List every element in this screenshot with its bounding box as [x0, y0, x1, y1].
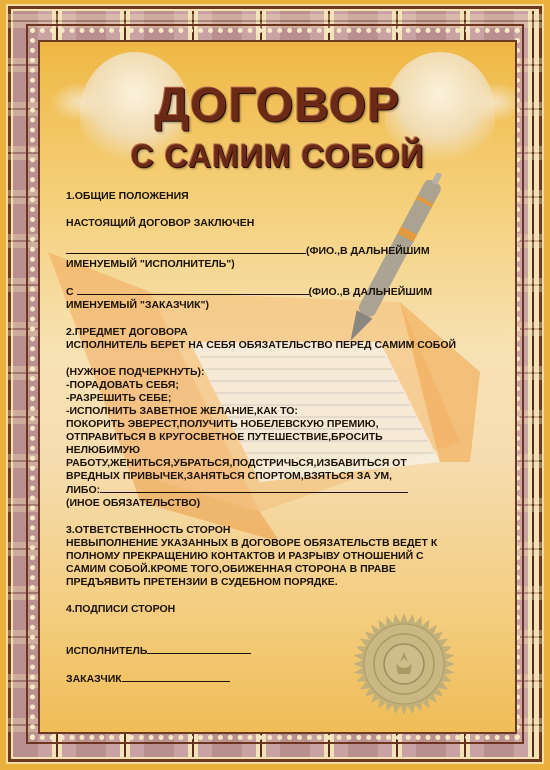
wish-line: НЕЛЮБИМУЮ [66, 444, 496, 457]
party2-suffix: (ФИО.,В ДАЛЬНЕЙШИМ [309, 286, 433, 298]
document-title: ДОГОВОР [40, 78, 515, 133]
other-obligation-label: (ИНОЕ ОБЯЗАТЕЛЬСТВО) [66, 497, 496, 510]
wish-line: РАБОТУ,ЖЕНИТЬСЯ,УБРАТЬСЯ,ПОДСТРИЧЬСЯ,ИЗБ… [66, 457, 496, 470]
party1-line: (ФИО.,В ДАЛЬНЕЙШИМ [66, 244, 496, 258]
other-prefix: ЛИБО: [66, 484, 100, 496]
section2-heading: 2.ПРЕДМЕТ ДОГОВОРА [66, 326, 496, 339]
section2-body: ИСПОЛНИТЕЛЬ БЕРЕТ НА СЕБЯ ОБЯЗАТЕЛЬСТВО … [66, 339, 461, 352]
section1-intro: НАСТОЯЩИЙ ДОГОВОР ЗАКЛЮЧЕН [66, 217, 496, 230]
signer2-label: ЗАКАЗЧИК [66, 673, 122, 685]
option-item: -РАЗРЕШИТЬ СЕБЕ; [66, 392, 496, 405]
wish-line: ОТПРАВИТЬСЯ В КРУГОСВЕТНОЕ ПУТЕШЕСТВИЕ,Б… [66, 431, 496, 444]
option-item: -ИСПОЛНИТЬ ЗАВЕТНОЕ ЖЕЛАНИЕ,КАК ТО: [66, 405, 496, 418]
signer1-label: ИСПОЛНИТЕЛЬ [66, 645, 147, 657]
contract-sheet: ДОГОВОР С САМИМ СОБОЙ 1.ОБЩИЕ ПОЛОЖЕНИЯ … [38, 40, 517, 734]
section3-line: НЕВЫПОЛНЕНИЕ УКАЗАННЫХ В ДОГОВОРЕ ОБЯЗАТ… [66, 537, 496, 550]
party2-line: С (ФИО.,В ДАЛЬНЕЙШИМ [66, 285, 496, 299]
section1-heading: 1.ОБЩИЕ ПОЛОЖЕНИЯ [66, 190, 496, 203]
section3-line: ПРЕДЪЯВИТЬ ПРЕТЕНЗИИ В СУДЕБНОМ ПОРЯДКЕ. [66, 576, 496, 589]
party2-role: ИМЕНУЕМЫЙ "ЗАКАЗЧИК") [66, 299, 496, 312]
wish-line: ВРЕДНЫХ ПРИВЫЧЕК,ЗАНЯТЬСЯ СПОРТОМ,ВЗЯТЬС… [66, 470, 496, 483]
option-item: -ПОРАДОВАТЬ СЕБЯ; [66, 379, 496, 392]
section3-line: САМИМ СОБОЙ.КРОМЕ ТОГО,ОБИЖЕННАЯ СТОРОНА… [66, 563, 496, 576]
signer2-signature-field[interactable] [122, 672, 230, 682]
gold-seal-icon [352, 612, 456, 716]
wish-line: ПОКОРИТЬ ЭВЕРЕСТ,ПОЛУЧИТЬ НОБЕЛЕВСКУЮ ПР… [66, 418, 496, 431]
party2-name-field[interactable] [77, 285, 309, 295]
document-subtitle: С САМИМ СОБОЙ [40, 138, 515, 175]
party1-suffix: (ФИО.,В ДАЛЬНЕЙШИМ [306, 245, 430, 257]
certificate-page: ДОГОВОР С САМИМ СОБОЙ 1.ОБЩИЕ ПОЛОЖЕНИЯ … [0, 0, 550, 770]
party1-name-field[interactable] [66, 244, 306, 254]
other-obligation-line: ЛИБО: [66, 483, 496, 497]
other-obligation-field[interactable] [100, 483, 408, 493]
party1-role: ИМЕНУЕМЫЙ "ИСПОЛНИТЕЛЬ") [66, 258, 496, 271]
choose-label: (НУЖНОЕ ПОДЧЕРКНУТЬ): [66, 366, 496, 379]
party2-prefix: С [66, 286, 74, 298]
signer1-signature-field[interactable] [147, 644, 251, 654]
section3-heading: 3.ОТВЕТСТВЕННОСТЬ СТОРОН [66, 524, 496, 537]
section3-line: ПОЛНОМУ ПРЕКРАЩЕНИЮ КОНТАКТОВ И РАЗРЫВУ … [66, 550, 496, 563]
